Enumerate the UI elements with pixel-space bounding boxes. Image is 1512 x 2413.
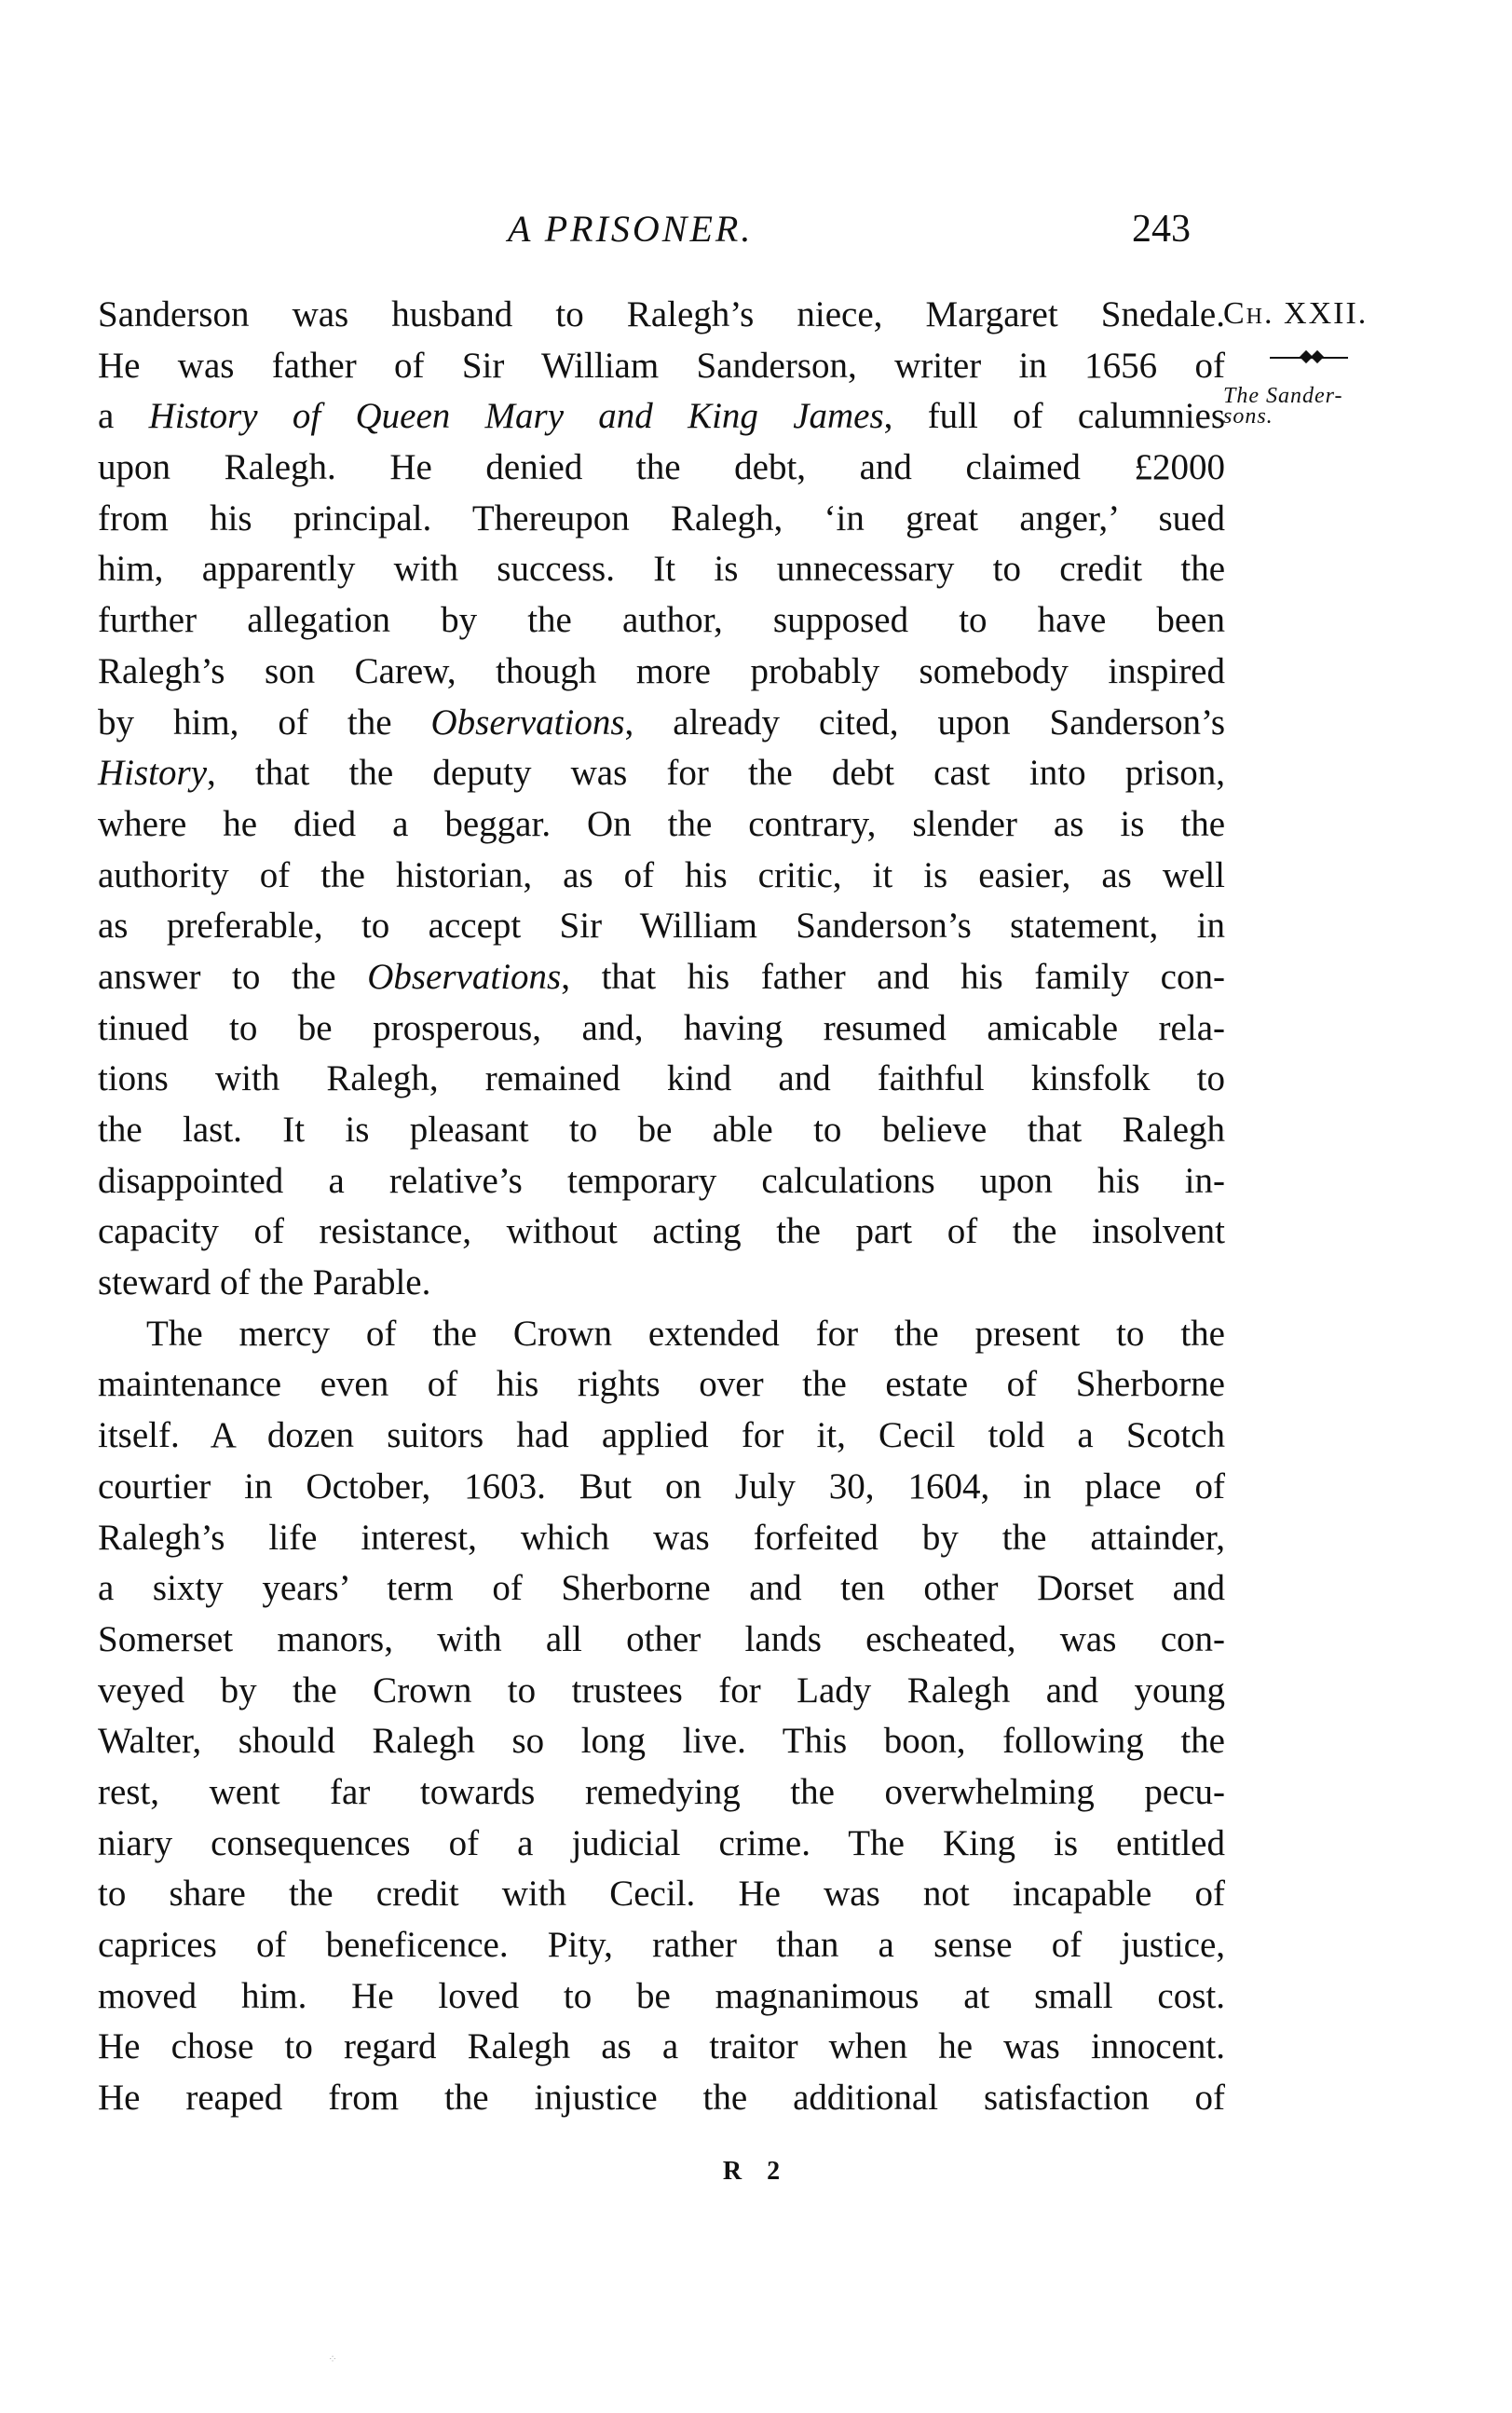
text-line: niary consequences of a judicial crime. …: [98, 1819, 1225, 1870]
text-line: He was father of Sir William Sanderson, …: [98, 341, 1225, 392]
side-title-line: sons.: [1223, 406, 1343, 427]
text-line: him, apparently with success. It is unne…: [98, 544, 1225, 595]
italic-title: History: [98, 753, 207, 793]
page-number: 243: [1132, 207, 1191, 252]
text-line: Sanderson was husband to Ralegh’s niece,…: [98, 290, 1225, 341]
italic-title: Observations: [367, 957, 561, 997]
text-line: caprices of beneficence. Pity, rather th…: [98, 1920, 1225, 1971]
text-line: moved him. He loved to be magnanimous at…: [98, 1971, 1225, 2023]
side-title: The Sander- sons.: [1223, 386, 1343, 427]
text-line: further allegation by the author, suppos…: [98, 595, 1225, 647]
text-line: from his principal. Thereupon Ralegh, ‘i…: [98, 494, 1225, 545]
ornament-rule-icon: [1270, 352, 1348, 363]
text-line: tions with Ralegh, remained kind and fai…: [98, 1054, 1225, 1105]
text-line: Ralegh’s son Carew, though more probably…: [98, 647, 1225, 698]
text-line: maintenance even of his rights over the …: [98, 1359, 1225, 1411]
text-line: a sixty years’ term of Sherborne and ten…: [98, 1563, 1225, 1615]
text-line: Walter, should Ralegh so long live. This…: [98, 1716, 1225, 1767]
text-line: rest, went far towards remedying the ove…: [98, 1767, 1225, 1819]
text-line: to share the credit with Cecil. He was n…: [98, 1869, 1225, 1920]
text-line: disappointed a relative’s temporary calc…: [98, 1156, 1225, 1207]
italic-title: Observations: [431, 702, 625, 743]
text-line: capacity of resistance, without acting t…: [98, 1206, 1225, 1258]
text-line: as preferable, to accept Sir William San…: [98, 901, 1225, 952]
text-line: a History of Queen Mary and King James, …: [98, 391, 1225, 443]
running-head: A PRISONER. 243: [0, 207, 1512, 263]
text-line: the last. It is pleasant to be able to b…: [98, 1105, 1225, 1156]
body-text: Sanderson was husband to Ralegh’s niece,…: [98, 290, 1225, 2124]
scan-speck: ⁘: [328, 2352, 341, 2364]
text-line: courtier in October, 1603. But on July 3…: [98, 1462, 1225, 1513]
text-line: Somerset manors, with all other lands es…: [98, 1615, 1225, 1666]
text-line: He chose to regard Ralegh as a traitor w…: [98, 2022, 1225, 2073]
text-line: answer to the Observations, that his fat…: [98, 952, 1225, 1003]
text-line: authority of the historian, as of his cr…: [98, 851, 1225, 902]
text-line: veyed by the Crown to trustees for Lady …: [98, 1666, 1225, 1717]
text-line: upon Ralegh. He denied the debt, and cla…: [98, 443, 1225, 494]
text-line: He reaped from the injustice the additio…: [98, 2073, 1225, 2124]
text-line: The mercy of the Crown extended for the …: [98, 1309, 1225, 1360]
text-line: History, that the deputy was for the deb…: [98, 748, 1225, 799]
text-line: steward of the Parable.: [98, 1258, 1225, 1309]
chapter-label: Ch. XXII.: [1223, 296, 1503, 332]
running-title: A PRISONER.: [508, 207, 753, 251]
text-line: itself. A dozen suitors had applied for …: [98, 1411, 1225, 1462]
text-line: tinued to be prosperous, and, having res…: [98, 1003, 1225, 1055]
text-line: where he died a beggar. On the contrary,…: [98, 799, 1225, 851]
text-line: Ralegh’s life interest, which was forfei…: [98, 1513, 1225, 1564]
text-line: by him, of the Observations, already cit…: [98, 698, 1225, 749]
margin-note: Ch. XXII. The Sander- sons.: [1223, 296, 1503, 332]
signature-mark: R 2: [0, 2157, 1512, 2187]
italic-title: History of Queen Mary and King James: [149, 396, 884, 436]
side-title-line: The Sander-: [1223, 386, 1343, 406]
